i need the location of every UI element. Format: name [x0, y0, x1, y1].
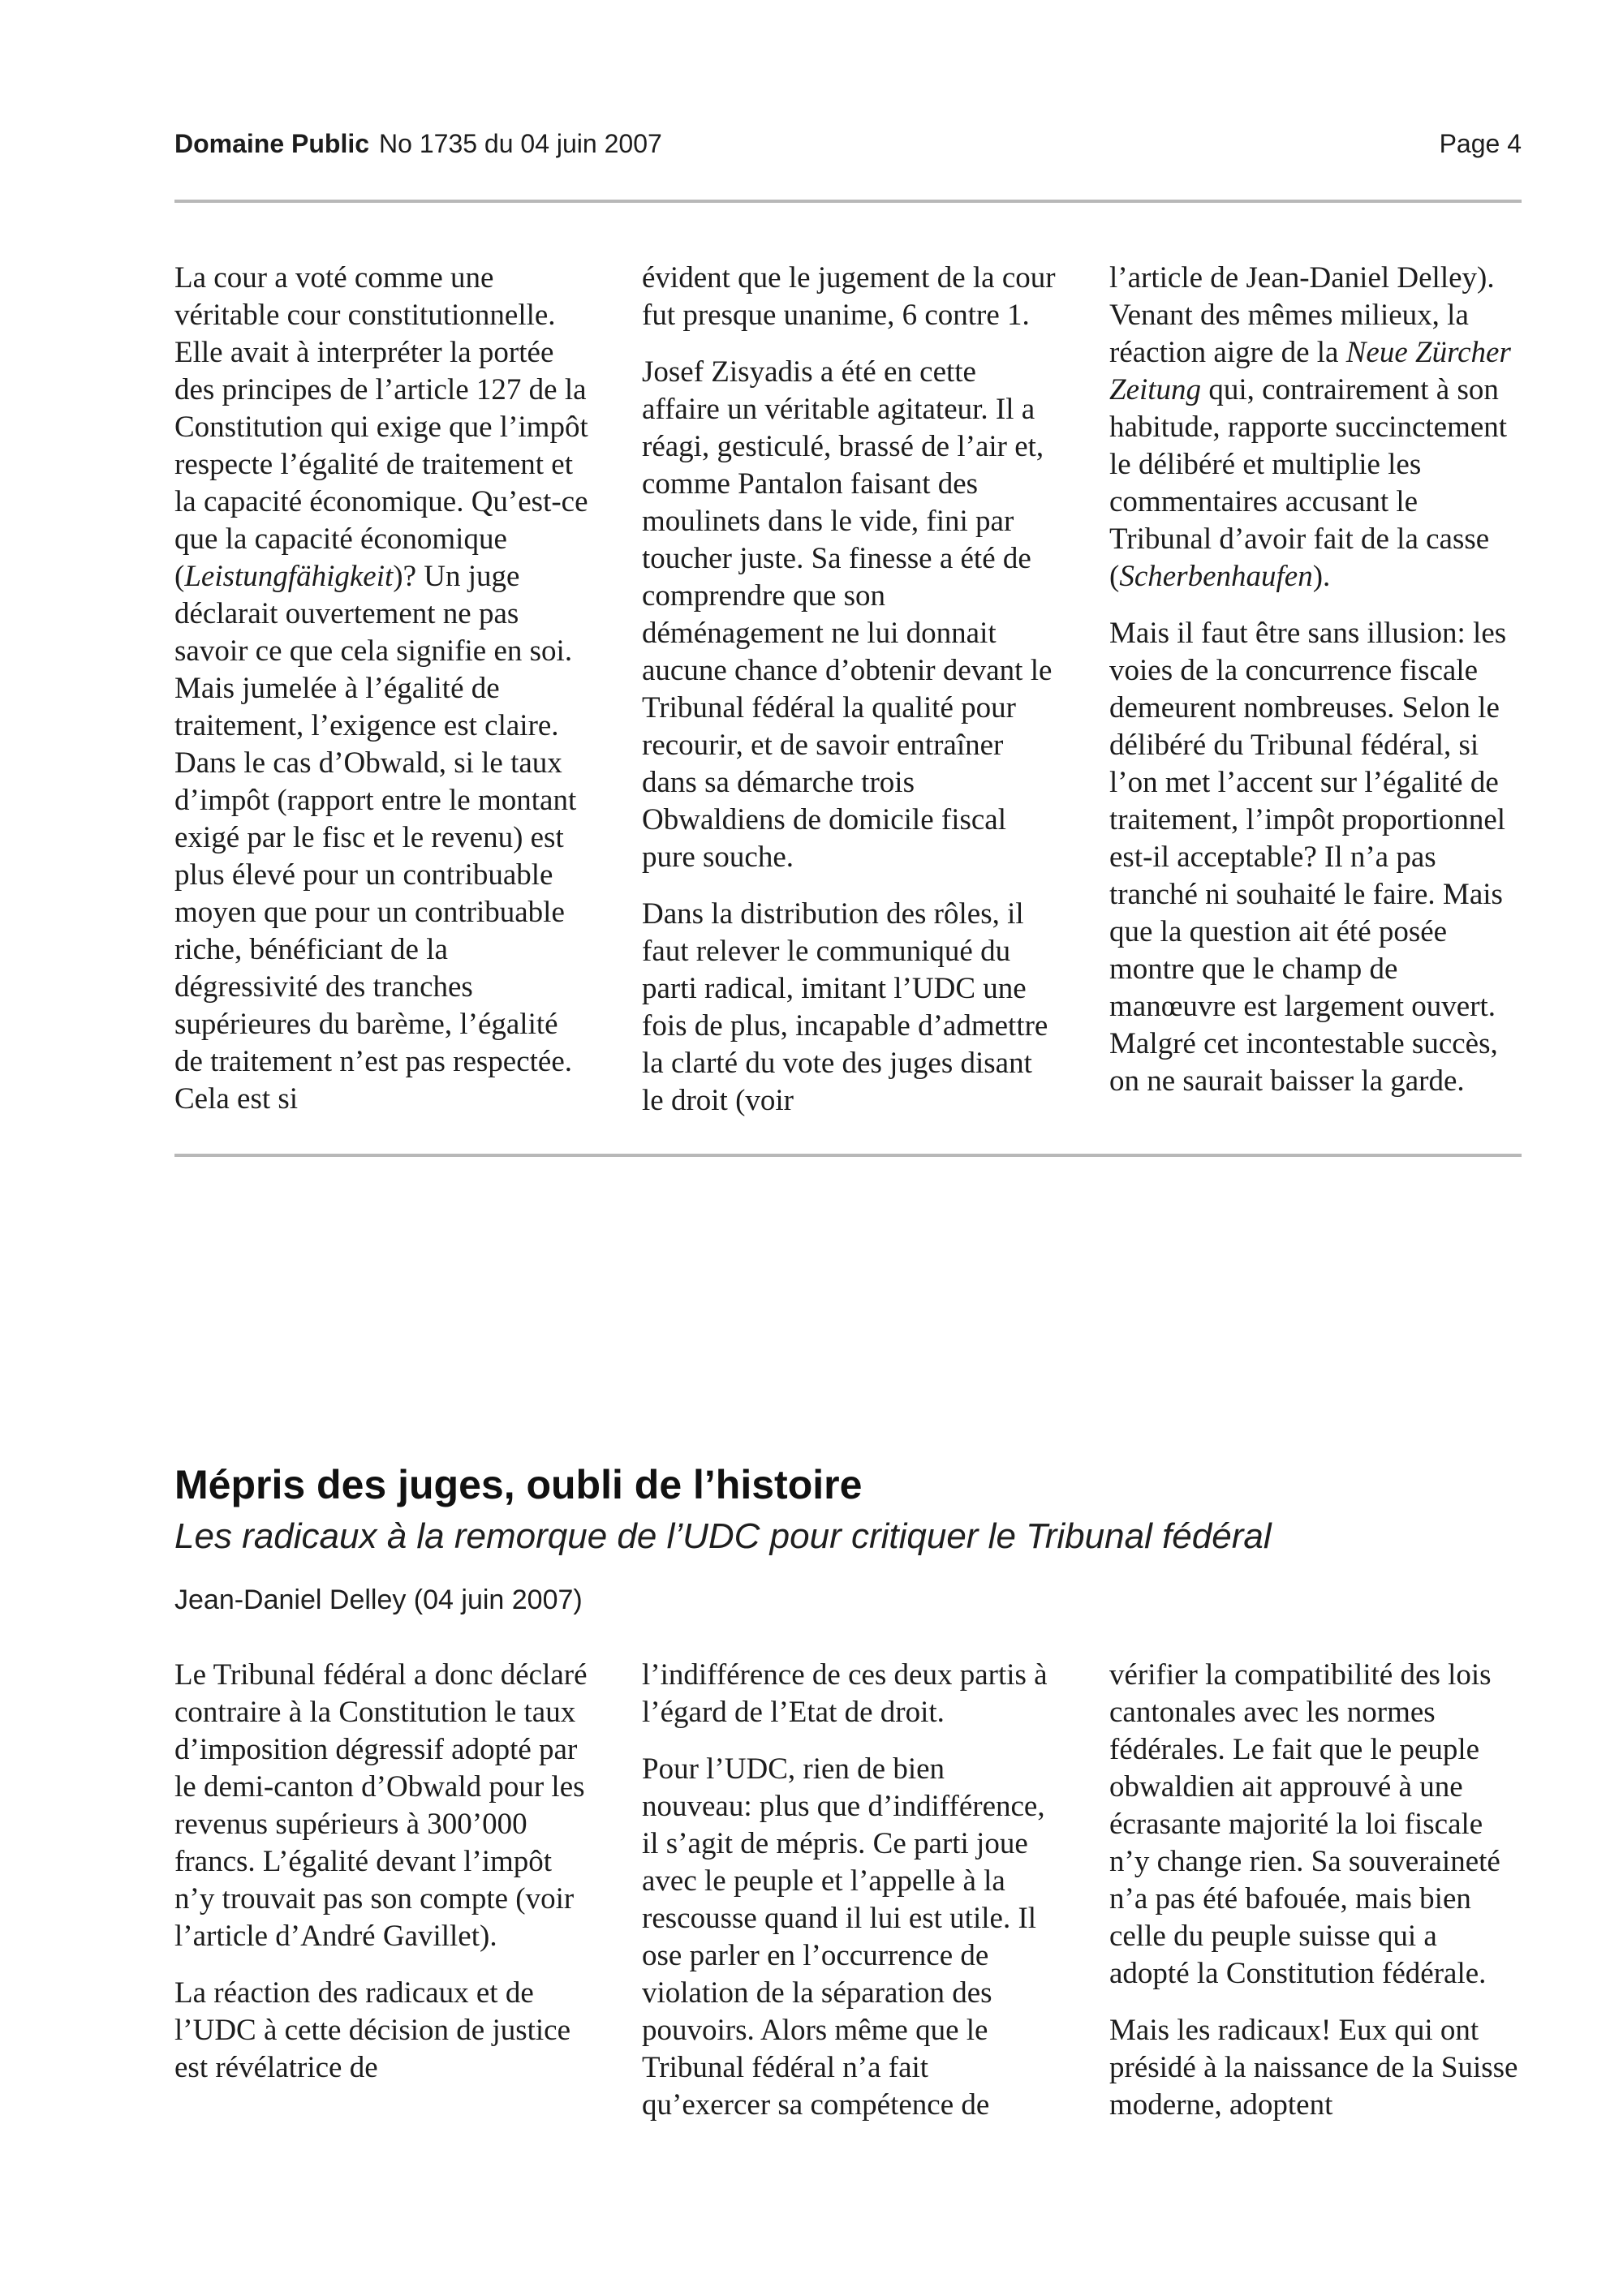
top-article-column-2: évident que le jugement de la cour fut p…	[642, 260, 1056, 1120]
text-run: vérifier la compatibilité des lois canto…	[1109, 1658, 1500, 1990]
text-run: )? Un juge déclarait ouvertement ne pas …	[174, 560, 576, 1116]
text-run: La cour a voté comme une véritable cour …	[174, 261, 588, 593]
italic-text-run: Scherbenhaufen	[1119, 560, 1312, 593]
header-divider	[174, 200, 1522, 203]
bottom-article-column-3: vérifier la compatibilité des lois canto…	[1109, 1657, 1523, 2124]
journal-issue-line: Domaine PublicNo 1735 du 04 juin 2007	[174, 127, 662, 161]
issue-number: No 1735 du 04 juin 2007	[379, 129, 662, 158]
paragraph: Mais les radicaux! Eux qui ont présidé à…	[1109, 2012, 1523, 2124]
text-run: La réaction des radicaux et de l’UDC à c…	[174, 1976, 570, 2084]
paragraph: l’article de Jean-Daniel Delley). Venant…	[1109, 260, 1523, 595]
paragraph: évident que le jugement de la cour fut p…	[642, 260, 1056, 334]
article-subtitle: Les radicaux à la remorque de l’UDC pour…	[174, 1514, 1522, 1559]
top-article-column-3: l’article de Jean-Daniel Delley). Venant…	[1109, 260, 1523, 1120]
top-article-column-1: La cour a voté comme une véritable cour …	[174, 260, 588, 1120]
paragraph: l’indifférence de ces deux partis à l’ég…	[642, 1657, 1056, 1731]
text-run: ).	[1313, 560, 1331, 593]
bottom-article: Le Tribunal fédéral a donc déclaré contr…	[174, 1657, 1523, 2124]
section-divider	[174, 1154, 1522, 1157]
paragraph: Le Tribunal fédéral a donc déclaré contr…	[174, 1657, 588, 1955]
text-run: Le Tribunal fédéral a donc déclaré contr…	[174, 1658, 588, 1953]
paragraph: Josef Zisyadis a été en cette affaire un…	[642, 354, 1056, 876]
document-page: Domaine PublicNo 1735 du 04 juin 2007 Pa…	[0, 0, 1623, 2296]
article-byline: Jean-Daniel Delley (04 juin 2007)	[174, 1582, 1522, 1618]
page-header: Domaine PublicNo 1735 du 04 juin 2007 Pa…	[174, 127, 1522, 161]
paragraph: Pour l’UDC, rien de bien nouveau: plus q…	[642, 1751, 1056, 2124]
italic-text-run: Leistungfähigkeit	[184, 560, 393, 593]
page-number: Page 4	[1440, 127, 1522, 161]
text-run: Mais les radicaux! Eux qui ont présidé à…	[1109, 2014, 1518, 2122]
paragraph: Dans la distribution des rôles, il faut …	[642, 896, 1056, 1120]
journal-name: Domaine Public	[174, 129, 369, 158]
text-run: évident que le jugement de la cour fut p…	[642, 261, 1056, 332]
paragraph: vérifier la compatibilité des lois canto…	[1109, 1657, 1523, 1993]
text-run: Mais il faut être sans illusion: les voi…	[1109, 617, 1506, 1098]
top-article: La cour a voté comme une véritable cour …	[174, 260, 1523, 1120]
paragraph: La cour a voté comme une véritable cour …	[174, 260, 588, 1118]
bottom-article-column-1: Le Tribunal fédéral a donc déclaré contr…	[174, 1657, 588, 2124]
article-title: Mépris des juges, oubli de l’histoire	[174, 1460, 1522, 1509]
text-run: Pour l’UDC, rien de bien nouveau: plus q…	[642, 1752, 1045, 2122]
paragraph: Mais il faut être sans illusion: les voi…	[1109, 615, 1523, 1100]
text-run: Dans la distribution des rôles, il faut …	[642, 897, 1048, 1117]
bottom-article-column-2: l’indifférence de ces deux partis à l’ég…	[642, 1657, 1056, 2124]
text-run: l’indifférence de ces deux partis à l’ég…	[642, 1658, 1048, 1729]
paragraph: La réaction des radicaux et de l’UDC à c…	[174, 1975, 588, 2087]
text-run: Josef Zisyadis a été en cette affaire un…	[642, 355, 1052, 874]
